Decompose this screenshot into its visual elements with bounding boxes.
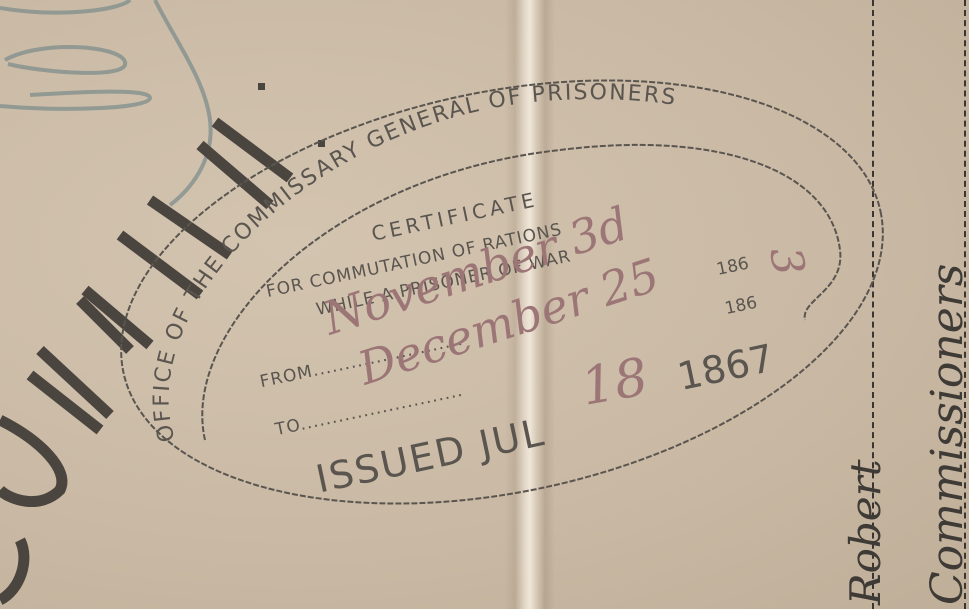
gothic-heading-fragment xyxy=(0,122,290,600)
handwritten-title: Commissioners xyxy=(922,264,969,605)
handwritten-name: Robert xyxy=(841,459,890,606)
handwritten-from-year: 3 xyxy=(759,243,814,279)
stamp-issued-year: 1867 xyxy=(674,336,778,399)
stamp-to-year: 186 xyxy=(723,293,759,319)
scanned-document: OFFICE OF THE COMMISSARY GENERAL OF PRIS… xyxy=(0,0,969,609)
stamp-from-year: 186 xyxy=(715,254,751,280)
document-artwork: OFFICE OF THE COMMISSARY GENERAL OF PRIS… xyxy=(0,0,969,609)
handwritten-issued-day: 18 xyxy=(577,347,653,418)
pencil-scribble xyxy=(0,0,211,205)
